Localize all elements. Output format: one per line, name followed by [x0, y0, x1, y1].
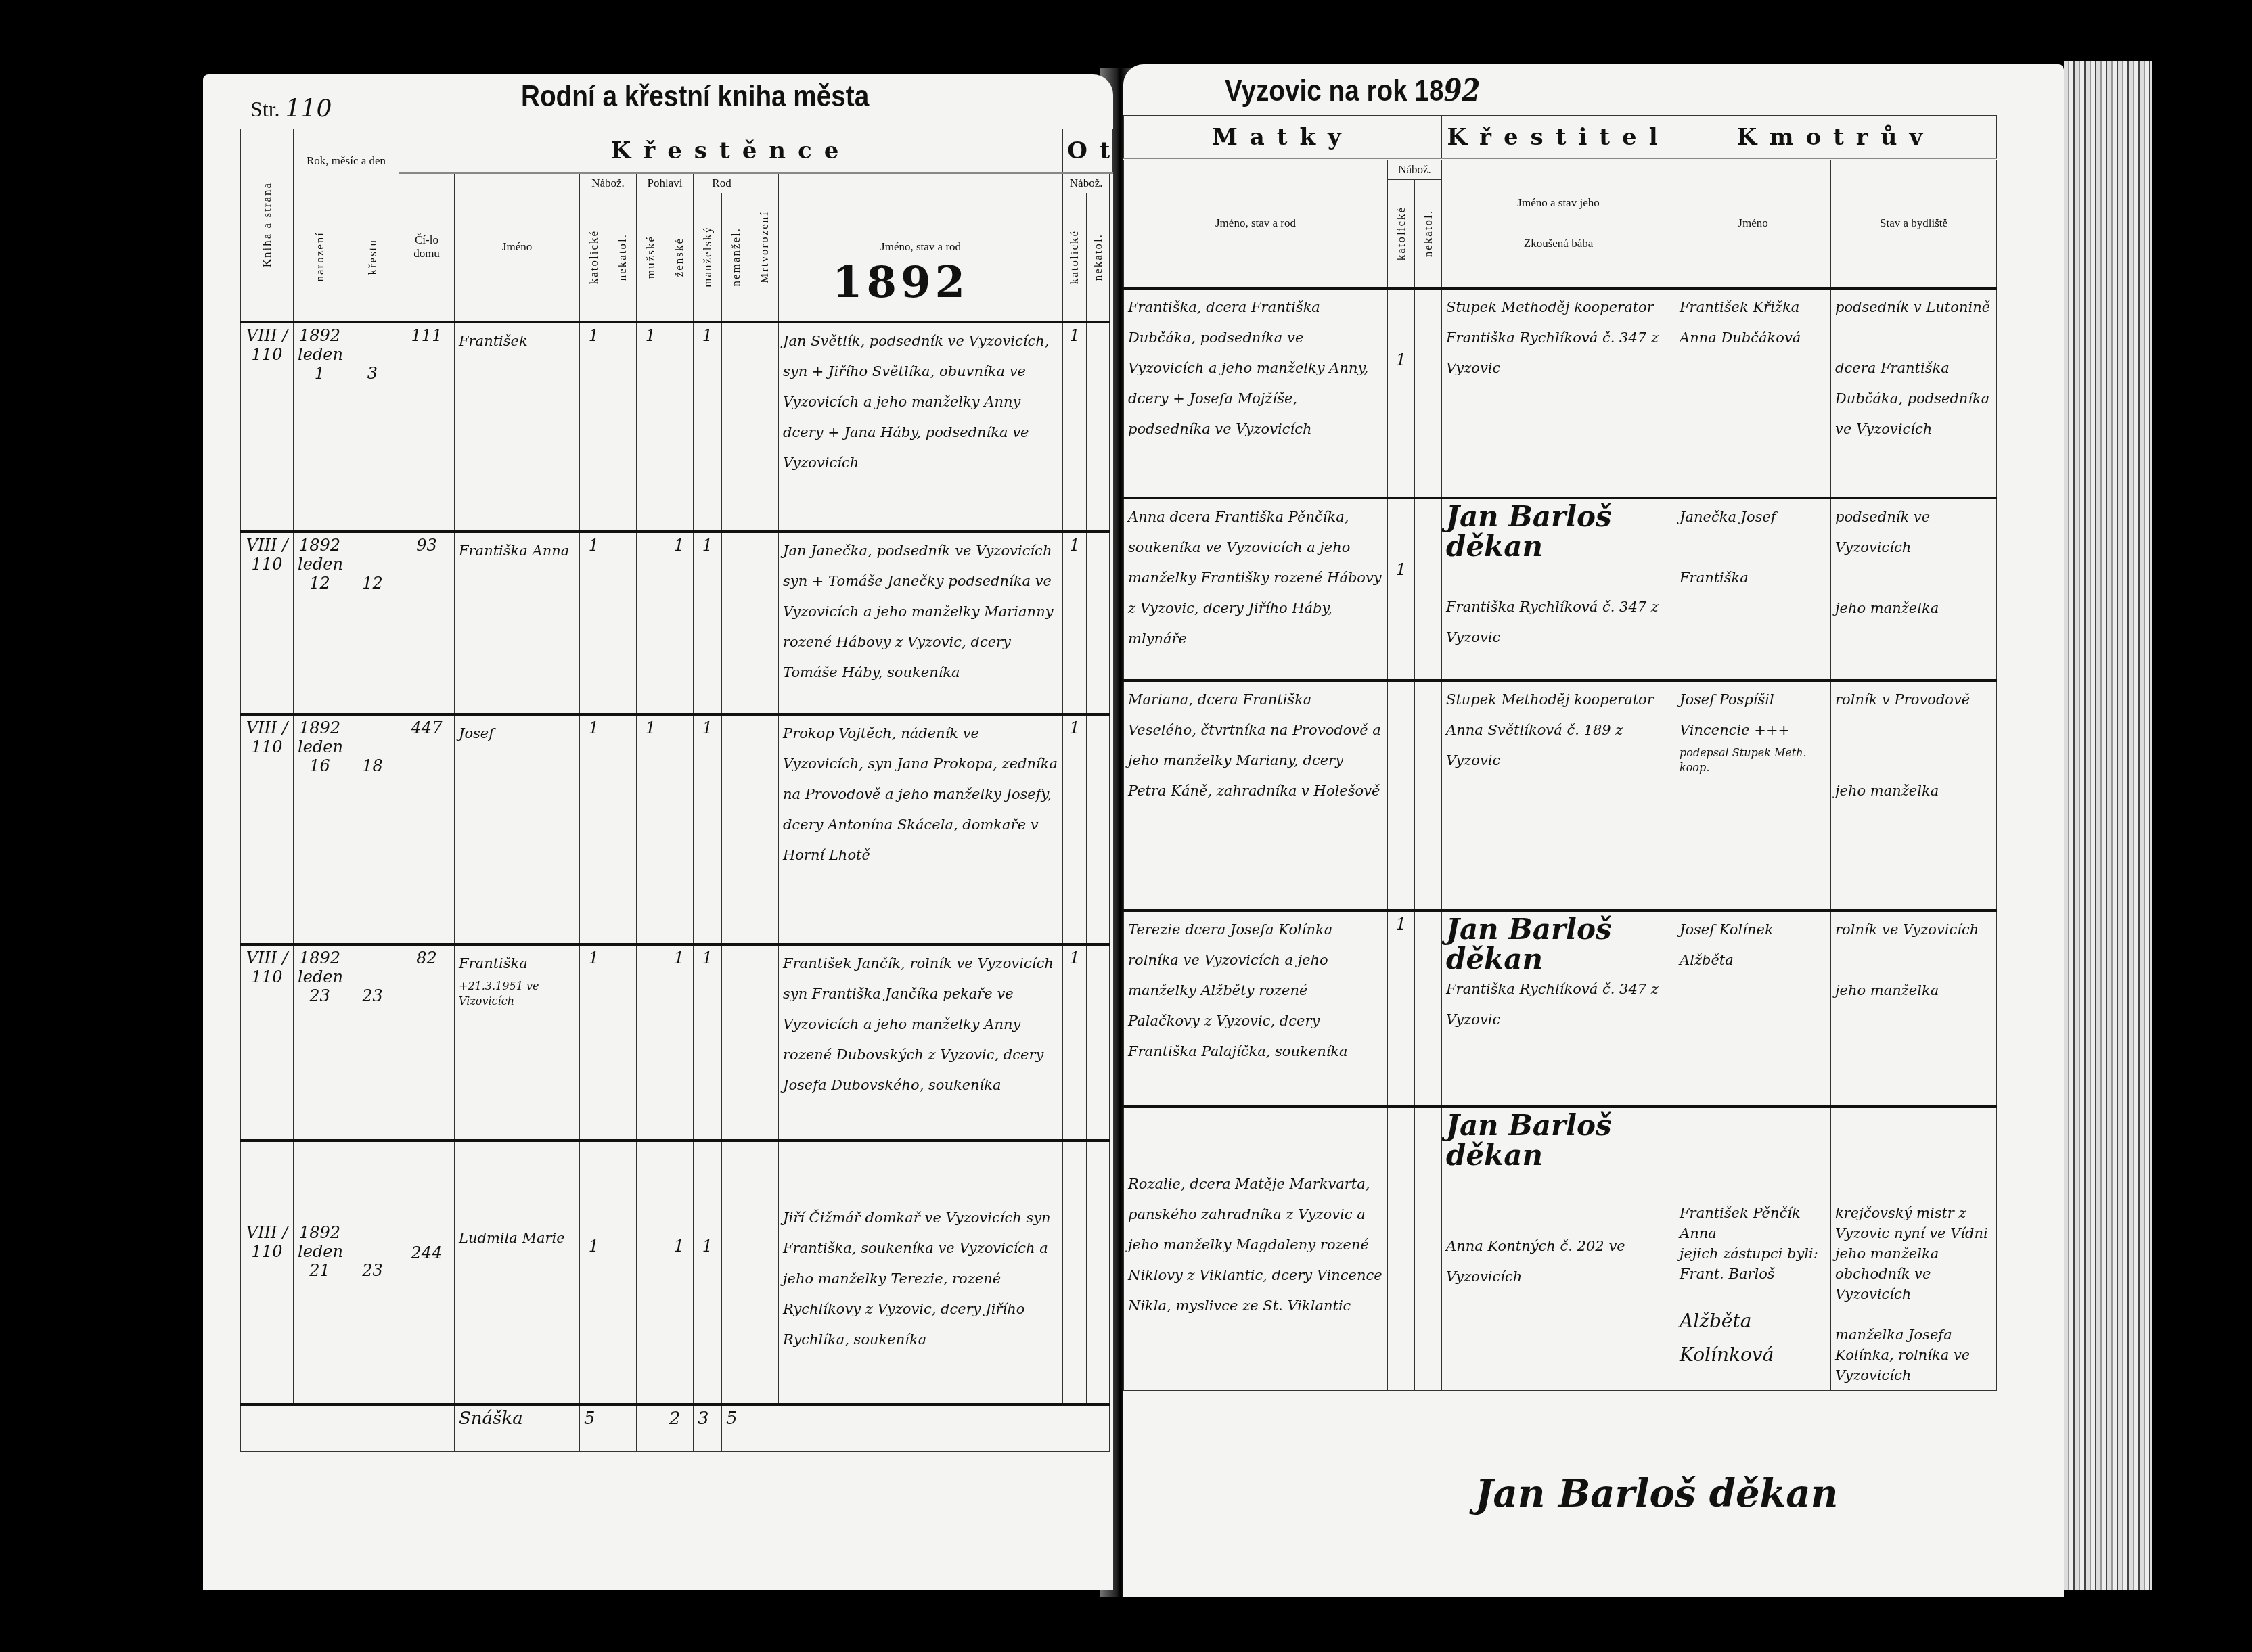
mark-stillborn — [750, 322, 779, 532]
page-number-label: Str. 110 — [250, 95, 332, 122]
page-number: 110 — [286, 95, 332, 122]
col-father-catholic: katolické — [1063, 193, 1087, 322]
house-number: 82 — [399, 944, 455, 1141]
mark-stillborn — [750, 944, 779, 1141]
house-number: 111 — [399, 322, 455, 532]
title-left: Rodní a křestní kniha města — [521, 80, 869, 114]
total-catholic: 5 — [580, 1404, 608, 1452]
baptizer-signature: Jan Barloš děkan — [1446, 502, 1671, 561]
col-godparent-status: Stav a bydliště — [1831, 160, 1997, 288]
mark-male — [637, 1141, 665, 1404]
col-non-catholic: nekatol. — [608, 193, 637, 322]
col-father-non-catholic: nekatol. — [1087, 193, 1110, 322]
right-page: Vyzovic na rok 1892 Matky Křestitel Kmot… — [1123, 64, 2064, 1597]
godparent-status: rolník ve Vyzovicíchjeho manželka — [1831, 911, 1997, 1107]
book-page: VIII / 110 — [241, 944, 294, 1141]
father-catholic: 1 — [1063, 944, 1087, 1141]
birth-date: 1892leden12 — [294, 532, 346, 714]
birth-date: 1892leden1 — [294, 322, 346, 532]
col-baptism: křestu — [346, 193, 399, 322]
mark-non-catholic — [608, 714, 637, 944]
col-father-religion: Nábož. — [1063, 173, 1110, 193]
house-number: 447 — [399, 714, 455, 944]
mother-non-catholic — [1415, 498, 1442, 681]
godparent-name: Janečka JosefFrantiška — [1675, 498, 1831, 681]
baptizer-signature: Jan Barloš děkan — [1446, 1111, 1671, 1170]
mark-female — [665, 322, 694, 532]
birth-date: 1892leden23 — [294, 944, 346, 1141]
signature-note: podepsal Stupek Meth. koop. — [1680, 745, 1826, 775]
col-catholic: katolické — [580, 193, 608, 322]
mark-male: 1 — [637, 714, 665, 944]
mark-legitimate: 1 — [694, 1141, 722, 1404]
mother-catholic: 1 — [1388, 911, 1415, 1107]
mother-catholic — [1388, 681, 1415, 911]
mark-illegitimate — [722, 322, 750, 532]
godparent-status: podsedník v Lutoninědcera Františka Dubč… — [1831, 288, 1997, 498]
death-note: +21.3.1951 ve Vizovicích — [459, 979, 575, 1009]
birth-date: 1892leden21 — [294, 1141, 346, 1404]
father-non-catholic — [1087, 1141, 1110, 1404]
totals-row: Snáška 5 2 3 5 — [241, 1404, 1113, 1452]
col-sex: Pohlaví — [637, 173, 694, 193]
mark-female — [665, 714, 694, 944]
father-info: Prokop Vojtěch, nádeník ve Vyzovicích, s… — [779, 714, 1063, 944]
midwife: Františka Rychlíková č. 347 z Vyzovic — [1446, 974, 1671, 1035]
col-child-group: Křestěnce — [399, 129, 1063, 173]
father-catholic — [1063, 1141, 1087, 1404]
col-house: Čí-lo domu — [399, 173, 455, 322]
mark-legitimate: 1 — [694, 322, 722, 532]
father-info: František Jančík, rolník ve Vyzovicích s… — [779, 944, 1063, 1141]
mark-catholic: 1 — [580, 532, 608, 714]
col-illegitimate: nemanžel. — [722, 193, 750, 322]
mother-non-catholic — [1415, 288, 1442, 498]
mark-female: 1 — [665, 944, 694, 1141]
house-number: 93 — [399, 532, 455, 714]
mark-illegitimate — [722, 944, 750, 1141]
baptism-day: 18 — [346, 714, 399, 944]
godparent-name: František KřižkaAnna Dubčáková — [1675, 288, 1831, 498]
mother-non-catholic — [1415, 1107, 1442, 1391]
col-godparent-name: Jméno — [1675, 160, 1831, 288]
father-non-catholic — [1087, 532, 1110, 714]
total-female: 2 — [665, 1404, 694, 1452]
father-non-catholic — [1087, 714, 1110, 944]
midwife: Františka Rychlíková č. 347 z Vyzovic — [1446, 323, 1671, 384]
total-legitimate: 5 — [722, 1404, 750, 1452]
baptism-day: 23 — [346, 944, 399, 1141]
baptizer: Jan Barloš děkanAnna Kontných č. 202 ve … — [1442, 1107, 1675, 1391]
father-catholic: 1 — [1063, 714, 1087, 944]
book-page: VIII / 110 — [241, 532, 294, 714]
father-catholic: 1 — [1063, 532, 1087, 714]
mother-info: Františka, dcera Františka Dubčáka, pods… — [1124, 288, 1388, 498]
midwife: Anna Světlíková č. 189 z Vyzovic — [1446, 715, 1671, 776]
baptism-day: 12 — [346, 532, 399, 714]
mark-non-catholic — [608, 1141, 637, 1404]
child-name: Františka+21.3.1951 ve Vizovicích — [455, 944, 580, 1141]
godparent-status: rolník v Provodovějeho manželka — [1831, 681, 1997, 911]
mark-catholic: 1 — [580, 322, 608, 532]
baptizer: Stupek Methoděj kooperatorFrantiška Rych… — [1442, 288, 1675, 498]
father-info: Jiří Čižmář domkař ve Vyzovicích syn Fra… — [779, 1141, 1063, 1404]
mark-catholic: 1 — [580, 1141, 608, 1404]
closing-signature: Jan Barloš děkan — [1475, 1475, 1838, 1513]
col-father-group: Otce — [1063, 129, 1113, 173]
mark-stillborn — [750, 1141, 779, 1404]
mark-catholic: 1 — [580, 714, 608, 944]
mother-info: Terezie dcera Josefa Kolínka rolníka ve … — [1124, 911, 1388, 1107]
mark-male — [637, 944, 665, 1141]
mark-female: 1 — [665, 1141, 694, 1404]
col-stillborn: Mrtvorození — [750, 173, 779, 322]
child-name: František — [455, 322, 580, 532]
mother-non-catholic — [1415, 911, 1442, 1107]
title-right: Vyzovic na rok 1892 — [1225, 74, 1480, 108]
record-row: VIII / 110 1892leden21 23 244 Ludmila Ma… — [241, 1141, 1113, 1404]
father-info: Jan Janečka, podsedník ve Vyzovicích syn… — [779, 532, 1063, 714]
mark-catholic: 1 — [580, 944, 608, 1141]
left-page: Str. 110 Rodní a křestní kniha města Kni… — [203, 74, 1113, 1590]
godparent-name: František Pěnčík Anna jejich zástupci by… — [1675, 1107, 1831, 1391]
col-name: Jméno — [455, 173, 580, 322]
col-legitimate: manželský — [694, 193, 722, 322]
child-name: Františka Anna — [455, 532, 580, 714]
mother-catholic — [1388, 1107, 1415, 1391]
mark-illegitimate — [722, 1141, 750, 1404]
col-date-group: Rok, měsíc a den — [294, 129, 399, 193]
father-catholic: 1 — [1063, 322, 1087, 532]
baptizer: Jan Barloš děkanFrantiška Rychlíková č. … — [1442, 911, 1675, 1107]
col-origin: Rod — [694, 173, 750, 193]
mark-legitimate: 1 — [694, 944, 722, 1141]
midwife: Františka Rychlíková č. 347 z Vyzovic — [1446, 592, 1671, 653]
col-mother-info: Jméno, stav a rod — [1124, 160, 1388, 288]
birth-date: 1892leden16 — [294, 714, 346, 944]
mark-male: 1 — [637, 322, 665, 532]
book-page: VIII / 110 — [241, 322, 294, 532]
col-godparents-group: Kmotrův — [1675, 116, 1997, 160]
col-mother-religion: Nábož. — [1388, 160, 1442, 180]
baptism-day: 23 — [346, 1141, 399, 1404]
col-female: ženské — [665, 193, 694, 322]
godparent-status: podsedník ve Vyzovicíchjeho manželka — [1831, 498, 1997, 681]
mark-illegitimate — [722, 532, 750, 714]
mark-female: 1 — [665, 532, 694, 714]
register-table-left: Kniha a strana Rok, měsíc a den Křestěnc… — [240, 129, 1113, 1452]
mark-non-catholic — [608, 944, 637, 1141]
mark-legitimate: 1 — [694, 532, 722, 714]
col-baptizer: Jméno a stav jehoZkoušená bába — [1442, 160, 1675, 288]
book-page: VIII / 110 — [241, 714, 294, 944]
register-table-right: Matky Křestitel Kmotrův Jméno, stav a ro… — [1123, 115, 1997, 1391]
baptizer: Stupek Methoděj kooperatorAnna Světlíkov… — [1442, 681, 1675, 911]
father-non-catholic — [1087, 322, 1110, 532]
record-row-right: Terezie dcera Josefa Kolínka rolníka ve … — [1124, 911, 1997, 1107]
baptism-day: 3 — [346, 322, 399, 532]
father-info: Jan Světlík, podsedník ve Vyzovicích, sy… — [779, 322, 1063, 532]
mark-stillborn — [750, 714, 779, 944]
child-name: Ludmila Marie — [455, 1141, 580, 1404]
godparent-name: Josef PospíšilVincencie +++podepsal Stup… — [1675, 681, 1831, 911]
baptizer-signature: Jan Barloš děkan — [1446, 915, 1671, 974]
book-page: VIII / 110 — [241, 1141, 294, 1404]
record-row-right: Mariana, dcera Františka Veselého, čtvrt… — [1124, 681, 1997, 911]
mark-illegitimate — [722, 714, 750, 944]
record-row: VIII / 110 1892leden12 12 93 Františka A… — [241, 532, 1113, 714]
mark-non-catholic — [608, 532, 637, 714]
col-birth: narození — [294, 193, 346, 322]
mark-legitimate: 1 — [694, 714, 722, 944]
col-mother-catholic: katolické — [1388, 180, 1415, 288]
record-row: VIII / 110 1892leden23 23 82 Františka+2… — [241, 944, 1113, 1141]
mother-catholic: 1 — [1388, 288, 1415, 498]
record-row-right: Františka, dcera Františka Dubčáka, pods… — [1124, 288, 1997, 498]
col-book-page: Kniha a strana — [241, 129, 294, 322]
title-year-handwritten: 92 — [1444, 74, 1481, 108]
house-number: 244 — [399, 1141, 455, 1404]
total-legitimate-a: 3 — [694, 1404, 722, 1452]
col-religion: Nábož. — [580, 173, 637, 193]
mother-info: Rozalie, dcera Matěje Markvarta, panskéh… — [1124, 1107, 1388, 1391]
mark-non-catholic — [608, 322, 637, 532]
record-row: VIII / 110 1892leden1 3 111 František 1 … — [241, 322, 1113, 532]
midwife: Anna Kontných č. 202 ve Vyzovicích — [1446, 1231, 1671, 1292]
col-male: mužské — [637, 193, 665, 322]
child-name: Josef — [455, 714, 580, 944]
mother-info: Anna dcera Františka Pěnčíka, soukeníka … — [1124, 498, 1388, 681]
record-row: VIII / 110 1892leden16 18 447 Josef 1 1 … — [241, 714, 1113, 944]
record-row-right: Anna dcera Františka Pěnčíka, soukeníka … — [1124, 498, 1997, 681]
mark-male — [637, 532, 665, 714]
mother-catholic: 1 — [1388, 498, 1415, 681]
father-non-catholic — [1087, 944, 1110, 1141]
page-edges — [2064, 61, 2152, 1590]
baptizer: Jan Barloš děkanFrantiška Rychlíková č. … — [1442, 498, 1675, 681]
mother-info: Mariana, dcera Františka Veselého, čtvrt… — [1124, 681, 1388, 911]
godparent-name: Josef KolínekAlžběta — [1675, 911, 1831, 1107]
col-mother-non-catholic: nekatol. — [1415, 180, 1442, 288]
col-baptizer-group: Křestitel — [1442, 116, 1675, 160]
godparent-status: krejčovský mistr z Vyzovic nyní ve Vídni… — [1831, 1107, 1997, 1391]
mark-stillborn — [750, 532, 779, 714]
totals-label: Snáška — [455, 1404, 580, 1452]
year-stamp: 1892 — [832, 257, 969, 308]
col-mother-group: Matky — [1124, 116, 1442, 160]
record-row-right: Rozalie, dcera Matěje Markvarta, panskéh… — [1124, 1107, 1997, 1391]
mother-non-catholic — [1415, 681, 1442, 911]
